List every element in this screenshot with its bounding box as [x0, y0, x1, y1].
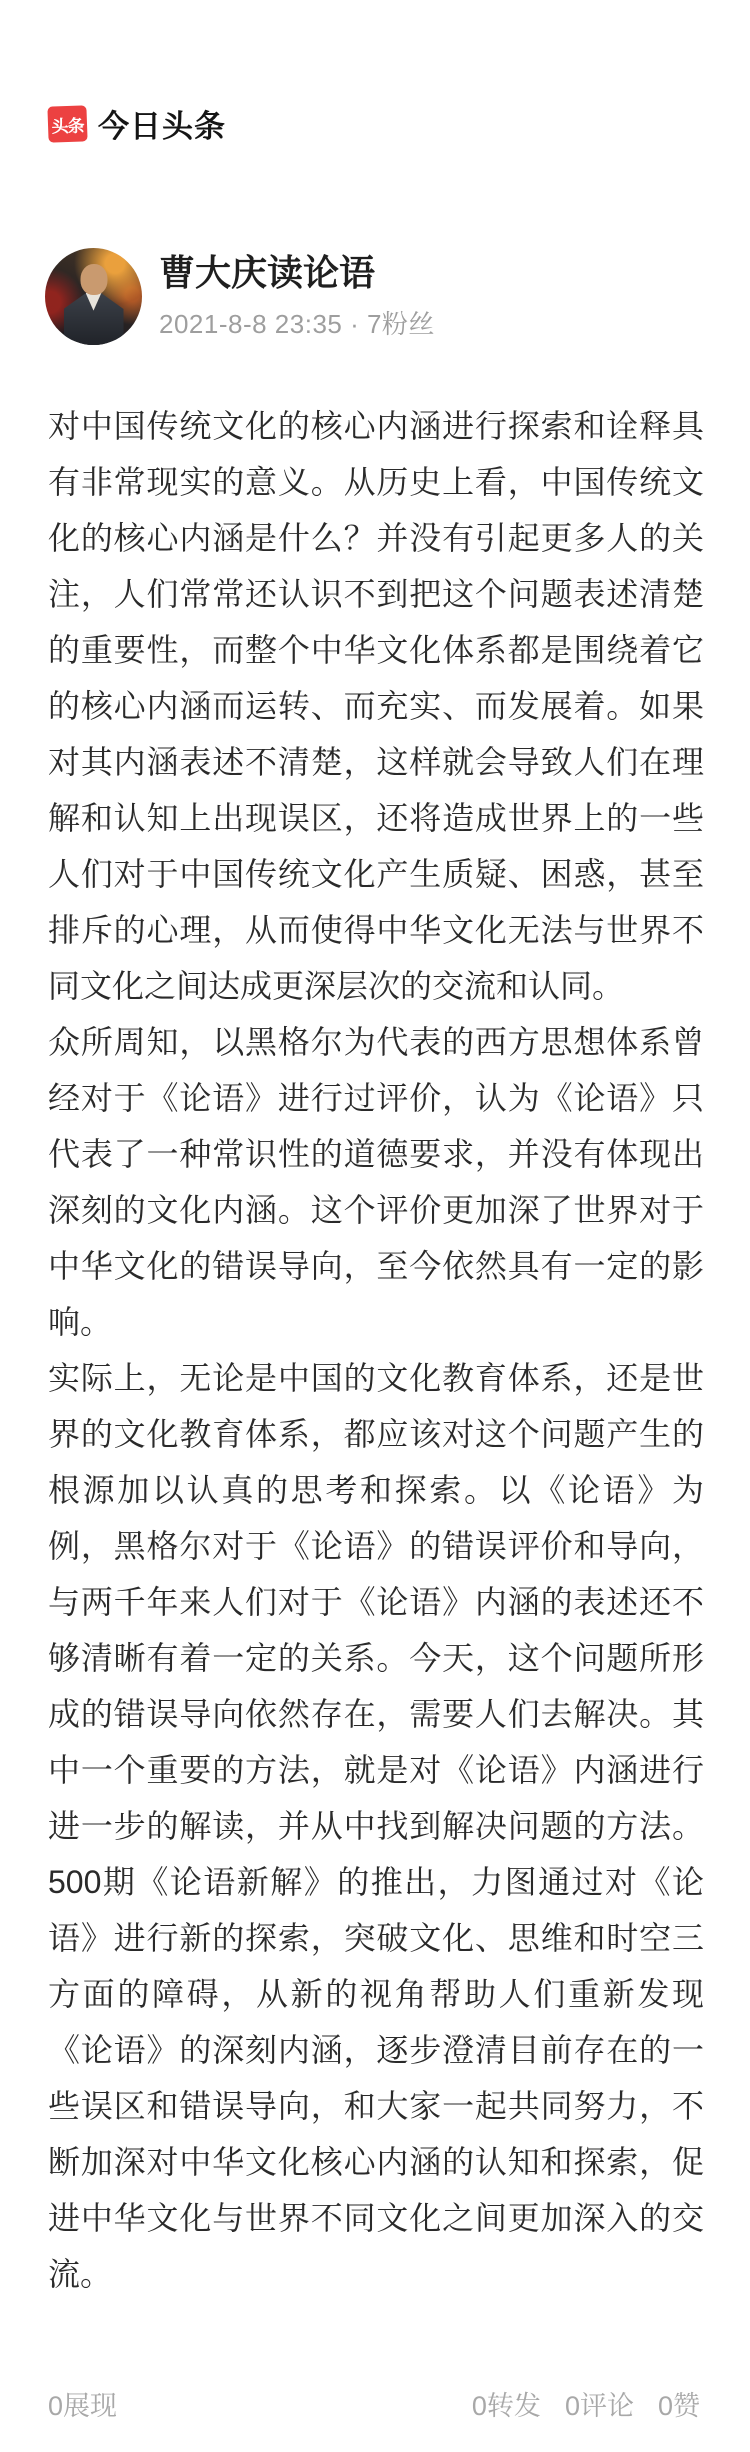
author-card: 曹大庆读论语 2021-8-8 23:35 · 7粉丝	[45, 248, 435, 345]
impressions-count: 0展现	[48, 2384, 117, 2423]
article-paragraph: 对中国传统文化的核心内涵进行探索和诠释具有非常现实的意义。从历史上看，中国传统文…	[48, 398, 704, 1014]
comment-count[interactable]: 0评论	[565, 2384, 634, 2423]
publish-time-and-followers: 2021-8-8 23:35 · 7粉丝	[159, 304, 435, 341]
avatar-photo-face	[80, 264, 107, 295]
repost-count[interactable]: 0转发	[472, 2384, 541, 2423]
article-page: 头条 今日头条 曹大庆读论语 2021-8-8 23:35 · 7粉丝 对中国传…	[0, 0, 750, 2452]
toutiao-logo-icon[interactable]: 头条	[47, 105, 87, 142]
brand-header: 头条 今日头条	[48, 101, 226, 146]
engagement-stats: 0转发 0评论 0赞	[472, 2384, 700, 2423]
brand-name[interactable]: 今日头条	[98, 101, 226, 146]
author-info: 曹大庆读论语 2021-8-8 23:35 · 7粉丝	[159, 252, 435, 341]
avatar[interactable]	[45, 248, 142, 345]
like-count[interactable]: 0赞	[658, 2384, 700, 2423]
article-paragraph: 众所周知，以黑格尔为代表的西方思想体系曾经对于《论语》进行过评价，认为《论语》只…	[48, 1014, 704, 1350]
article-paragraph: 实际上，无论是中国的文化教育体系，还是世界的文化教育体系，都应该对这个问题产生的…	[48, 1350, 704, 2302]
article-body: 对中国传统文化的核心内涵进行探索和诠释具有非常现实的意义。从历史上看，中国传统文…	[48, 398, 704, 2302]
stats-footer: 0展现 0转发 0评论 0赞	[48, 2384, 700, 2423]
author-name[interactable]: 曹大庆读论语	[159, 252, 435, 293]
